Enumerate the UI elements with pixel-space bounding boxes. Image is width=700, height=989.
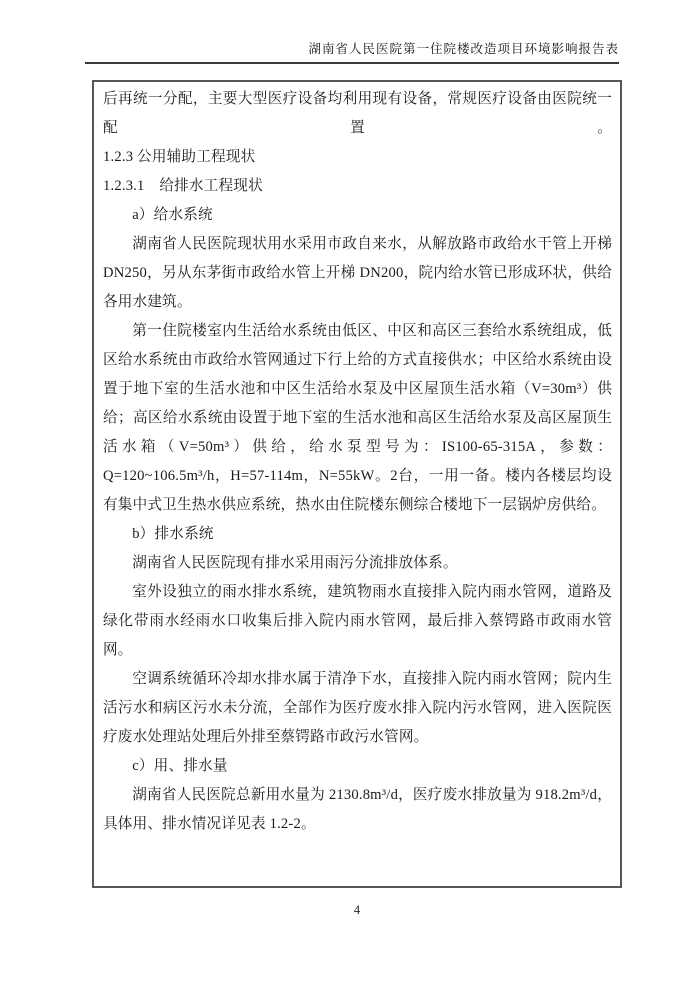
paragraph-water-usage-figures: 湖南省人民医院总新用水量为 2130.8m³/d，医疗废水排放量为 918.2m… [103,781,612,839]
subsection-heading-1-2-3-1: 1.2.3.1 给排水工程现状 [103,172,612,201]
document-page: 湖南省人民医院第一住院楼改造项目环境影响报告表 后再统一分配，主要大型医疗设备均… [0,0,700,989]
paragraph-rain-sewage-separation: 湖南省人民医院现有排水采用雨污分流排放体系。 [103,549,612,578]
item-heading-c-water-usage: c）用、排水量 [103,752,612,781]
section-heading-1-2-3: 1.2.3 公用辅助工程现状 [103,143,612,172]
paragraph-equipment-allocation: 后再统一分配，主要大型医疗设备均利用现有设备，常规医疗设备由医院统一配置。 [103,85,612,143]
report-header-title: 湖南省人民医院第一住院楼改造项目环境影响报告表 [85,41,619,57]
report-content-box: 后再统一分配，主要大型医疗设备均利用现有设备，常规医疗设备由医院统一配置。 1.… [92,80,622,888]
paragraph-municipal-water-intake: 湖南省人民医院现状用水采用市政自来水，从解放路市政给水干管上开梯DN250，另从… [103,230,612,317]
item-heading-b-drainage: b）排水系统 [103,520,612,549]
paragraph-wastewater-treatment: 空调系统循环冷却水排水属于清净下水，直接排入院内雨水管网；院内生活污水和病区污水… [103,665,612,752]
paragraph-building-water-supply-systems: 第一住院楼室内生活给水系统由低区、中区和高区三套给水系统组成，低区给水系统由市政… [103,317,612,520]
paragraph-rainwater-drainage: 室外设独立的雨水排水系统，建筑物雨水直接排入院内雨水管网，道路及绿化带雨水经雨水… [103,578,612,665]
page-number: 4 [92,903,622,918]
header-rule [85,62,619,64]
item-heading-a-water-supply: a）给水系统 [103,201,612,230]
